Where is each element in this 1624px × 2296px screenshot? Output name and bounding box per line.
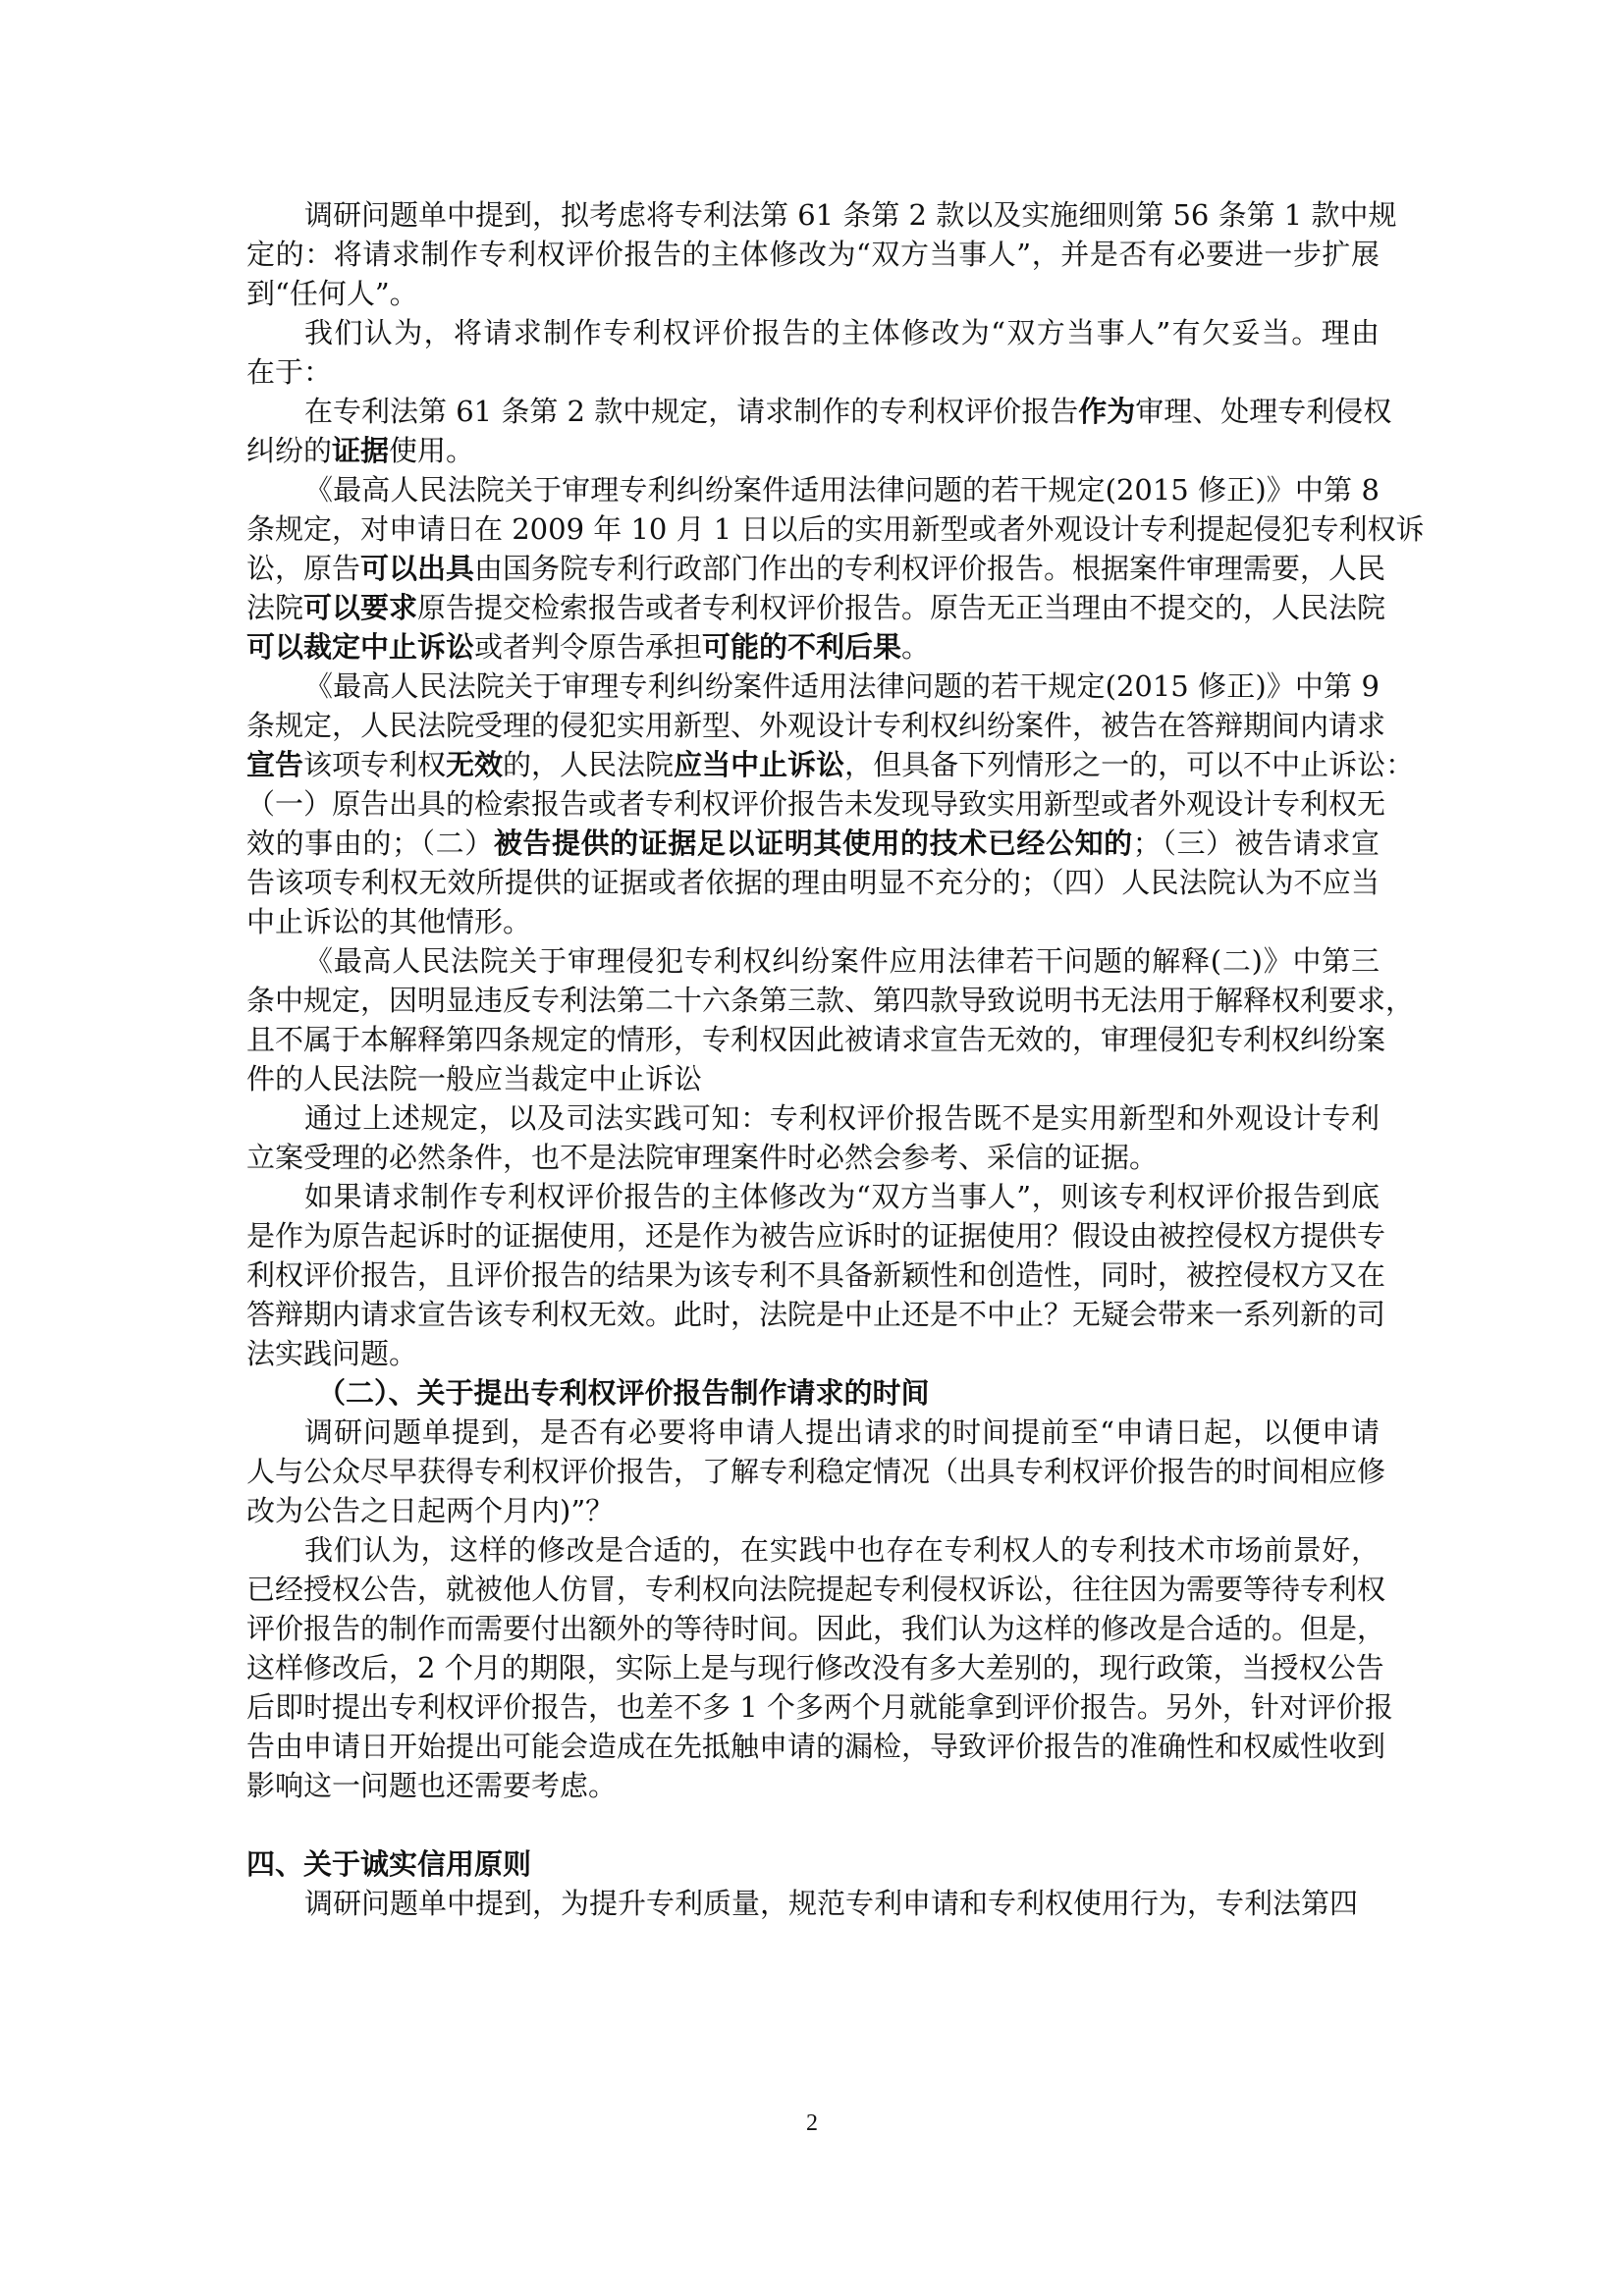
text-run: 调研问题单提到，是否有必要将申请人提出请求的时间提前至“申请日起，以便申请: [304, 1415, 1380, 1449]
text-run: 《最高人民法院关于审理侵犯专利权纠纷案件应用法律若干问题的解释(二)》中第三: [304, 944, 1380, 978]
text-run: 讼，原告: [246, 552, 360, 585]
paragraph: 我们认为，将请求制作专利权评价报告的主体修改为“双方当事人”有欠妥当。理由在于：: [246, 313, 1380, 392]
text-run: 我们认为，这样的修改是合适的，在实践中也存在专利权人的专利技术市场前景好，: [304, 1533, 1380, 1567]
text-run: 已经授权公告，就被他人仿冒，专利权向法院提起专利侵权诉讼，往往因为需要等待专利权: [246, 1573, 1385, 1606]
text-run: 调研问题单中提到，为提升专利质量，规范专利申请和专利权使用行为，专利法第四: [304, 1887, 1358, 1920]
text-run: 条中规定，因明显违反专利法第二十六条第三款、第四款导致说明书无法用于解释权利要求…: [246, 984, 1414, 1017]
text-line: 调研问题单中提到，为提升专利质量，规范专利申请和专利权使用行为，专利法第四: [246, 1884, 1380, 1923]
text-line: 纠纷的证据使用。: [246, 431, 1380, 470]
paragraph: 调研问题单中提到，为提升专利质量，规范专利申请和专利权使用行为，专利法第四: [246, 1884, 1380, 1923]
text-line: 讼，原告可以出具由国务院专利行政部门作出的专利权评价报告。根据案件审理需要，人民: [246, 549, 1380, 588]
section-spacer: [246, 1805, 1380, 1844]
text-run: 告该项专利权无效所提供的证据或者依据的理由明显不充分的；（四）人民法院认为不应当: [246, 866, 1380, 899]
text-run: 法院: [246, 591, 303, 624]
text-line: 后即时提出专利权评价报告，也差不多 1 个多两个月就能拿到评价报告。另外，针对评…: [246, 1687, 1380, 1727]
text-run: 在于：: [246, 355, 332, 389]
page-number: 2: [0, 2110, 1624, 2137]
paragraph: 在专利法第 61 条第 2 款中规定，请求制作的专利权评价报告作为审理、处理专利…: [246, 392, 1380, 470]
text-run: ；（三）被告请求宣: [1133, 827, 1380, 860]
text-run: 人与公众尽早获得专利权评价报告，了解专利稳定情况（出具专利权评价报告的时间相应修: [246, 1455, 1385, 1488]
text-line: 这样修改后，2 个月的期限，实际上是与现行修改没有多大差别的，现行政策，当授权公…: [246, 1648, 1380, 1687]
text-run: 告由申请日开始提出可能会造成在先抵触申请的漏检，导致评价报告的准确性和权威性收到: [246, 1730, 1385, 1763]
emphasized-text: 证据: [332, 434, 389, 467]
text-run: 《最高人民法院关于审理专利纠纷案件适用法律问题的若干规定(2015 修正)》中第…: [304, 669, 1380, 703]
text-run: 《最高人民法院关于审理专利纠纷案件适用法律问题的若干规定(2015 修正)》中第…: [304, 473, 1380, 507]
text-run: 。: [901, 630, 930, 664]
text-run: 到“任何人”。: [246, 277, 418, 310]
text-run: 由国务院专利行政部门作出的专利权评价报告。根据案件审理需要，人民: [474, 552, 1385, 585]
text-line: 《最高人民法院关于审理侵犯专利权纠纷案件应用法律若干问题的解释(二)》中第三: [246, 941, 1380, 981]
text-line: 立案受理的必然条件，也不是法院审理案件时必然会参考、采信的证据。: [246, 1138, 1380, 1177]
emphasized-text: 可以出具: [360, 552, 474, 585]
text-run: 法实践问题。: [246, 1337, 417, 1370]
text-run: 如果请求制作专利权评价报告的主体修改为“双方当事人”，则该专利权评价报告到底: [304, 1180, 1380, 1213]
paragraph: 调研问题单提到，是否有必要将申请人提出请求的时间提前至“申请日起，以便申请人与公…: [246, 1413, 1380, 1530]
paragraph: 通过上述规定，以及司法实践可知：专利权评价报告既不是实用新型和外观设计专利立案受…: [246, 1098, 1380, 1177]
text-line: 是作为原告起诉时的证据使用，还是作为被告应诉时的证据使用？假设由被控侵权方提供专: [246, 1216, 1380, 1255]
text-line: 且不属于本解释第四条规定的情形，专利权因此被请求宣告无效的，审理侵犯专利权纠纷案: [246, 1020, 1380, 1059]
text-line: 人与公众尽早获得专利权评价报告，了解专利稳定情况（出具专利权评价报告的时间相应修: [246, 1452, 1380, 1491]
text-run: 是作为原告起诉时的证据使用，还是作为被告应诉时的证据使用？假设由被控侵权方提供专: [246, 1219, 1385, 1253]
text-run: 答辩期内请求宣告该专利权无效。此时，法院是中止还是不中止？无疑会带来一系列新的司: [246, 1298, 1385, 1331]
text-run: 中止诉讼的其他情形。: [246, 905, 531, 938]
section-heading: 四、关于诚实信用原则: [246, 1844, 1380, 1884]
text-line: 调研问题单提到，是否有必要将申请人提出请求的时间提前至“申请日起，以便申请: [246, 1413, 1380, 1452]
text-run: 我们认为，将请求制作专利权评价报告的主体修改为“双方当事人”有欠妥当。理由: [304, 316, 1380, 349]
emphasized-text: 被告提供的证据足以证明其使用的技术已经公知的: [494, 827, 1133, 860]
text-line: 在专利法第 61 条第 2 款中规定，请求制作的专利权评价报告作为审理、处理专利…: [246, 392, 1380, 431]
text-run: 后即时提出专利权评价报告，也差不多 1 个多两个月就能拿到评价报告。另外，针对评…: [246, 1690, 1393, 1724]
text-run: 通过上述规定，以及司法实践可知：专利权评价报告既不是实用新型和外观设计专利: [304, 1101, 1380, 1135]
text-line: 答辩期内请求宣告该专利权无效。此时，法院是中止还是不中止？无疑会带来一系列新的司: [246, 1295, 1380, 1334]
text-line: 到“任何人”。: [246, 274, 1380, 313]
text-line: 在于：: [246, 352, 1380, 392]
text-line: 调研问题单中提到，拟考虑将专利法第 61 条第 2 款以及实施细则第 56 条第…: [246, 195, 1380, 235]
text-run: 效的事由的；（二）: [246, 827, 494, 860]
text-line: 条规定，对申请日在 2009 年 10 月 1 日以后的实用新型或者外观设计专利…: [246, 509, 1380, 549]
paragraph: 调研问题单中提到，拟考虑将专利法第 61 条第 2 款以及实施细则第 56 条第…: [246, 195, 1380, 313]
text-line: 已经授权公告，就被他人仿冒，专利权向法院提起专利侵权诉讼，往往因为需要等待专利权: [246, 1570, 1380, 1609]
text-run: （一）原告出具的检索报告或者专利权评价报告未发现导致实用新型或者外观设计专利权无: [246, 787, 1385, 821]
text-run: 调研问题单中提到，拟考虑将专利法第 61 条第 2 款以及实施细则第 56 条第…: [304, 198, 1396, 232]
text-line: 告该项专利权无效所提供的证据或者依据的理由明显不充分的；（四）人民法院认为不应当: [246, 863, 1380, 902]
text-line: 我们认为，将请求制作专利权评价报告的主体修改为“双方当事人”有欠妥当。理由: [246, 313, 1380, 352]
text-run: 立案受理的必然条件，也不是法院审理案件时必然会参考、采信的证据。: [246, 1141, 1158, 1174]
text-run: 条规定，人民法院受理的侵犯实用新型、外观设计专利权纠纷案件，被告在答辩期间内请求: [246, 709, 1385, 742]
text-line: 影响这一问题也还需要考虑。: [246, 1766, 1380, 1805]
text-line: 《最高人民法院关于审理专利纠纷案件适用法律问题的若干规定(2015 修正)》中第…: [246, 667, 1380, 706]
text-run: 利权评价报告，且评价报告的结果为该专利不具备新颖性和创造性，同时，被控侵权方又在: [246, 1258, 1385, 1292]
text-run: 的，人民法院: [503, 748, 674, 781]
text-run: 评价报告的制作而需要付出额外的等待时间。因此，我们认为这样的修改是合适的。但是，: [246, 1612, 1385, 1645]
text-run: 且不属于本解释第四条规定的情形，专利权因此被请求宣告无效的，审理侵犯专利权纠纷案: [246, 1023, 1385, 1056]
text-line: 通过上述规定，以及司法实践可知：专利权评价报告既不是实用新型和外观设计专利: [246, 1098, 1380, 1138]
emphasized-text: 可以要求: [303, 591, 417, 624]
text-run: 原告提交检索报告或者专利权评价报告。原告无正当理由不提交的，人民法院: [417, 591, 1385, 624]
text-run: 审理、处理专利侵权: [1135, 395, 1391, 428]
text-line: 利权评价报告，且评价报告的结果为该专利不具备新颖性和创造性，同时，被控侵权方又在: [246, 1255, 1380, 1295]
emphasized-text: 作为: [1078, 395, 1135, 428]
text-run: 使用。: [389, 434, 474, 467]
paragraph: 如果请求制作专利权评价报告的主体修改为“双方当事人”，则该专利权评价报告到底是作…: [246, 1177, 1380, 1373]
text-run: 改为公告之日起两个月内)”？: [246, 1494, 614, 1527]
text-line: 法实践问题。: [246, 1334, 1380, 1373]
text-run: 影响这一问题也还需要考虑。: [246, 1769, 617, 1802]
text-run: 或者判令原告承担: [474, 630, 702, 664]
paragraph: 《最高人民法院关于审理专利纠纷案件适用法律问题的若干规定(2015 修正)》中第…: [246, 667, 1380, 941]
text-line: 告由申请日开始提出可能会造成在先抵触申请的漏检，导致评价报告的准确性和权威性收到: [246, 1727, 1380, 1766]
text-line: 我们认为，这样的修改是合适的，在实践中也存在专利权人的专利技术市场前景好，: [246, 1530, 1380, 1570]
text-run: 件的人民法院一般应当裁定中止诉讼: [246, 1062, 702, 1095]
text-line: 条中规定，因明显违反专利法第二十六条第三款、第四款导致说明书无法用于解释权利要求…: [246, 981, 1380, 1020]
text-run: 纠纷的: [246, 434, 332, 467]
text-line: 效的事由的；（二）被告提供的证据足以证明其使用的技术已经公知的；（三）被告请求宣: [246, 824, 1380, 863]
text-run: 该项专利权: [303, 748, 446, 781]
emphasized-text: 无效: [446, 748, 503, 781]
text-line: （一）原告出具的检索报告或者专利权评价报告未发现导致实用新型或者外观设计专利权无: [246, 784, 1380, 824]
text-run: 定的：将请求制作专利权评价报告的主体修改为“双方当事人”，并是否有必要进一步扩展: [246, 238, 1380, 271]
emphasized-text: 应当中止诉讼: [674, 748, 844, 781]
text-line: 可以裁定中止诉讼或者判令原告承担可能的不利后果。: [246, 627, 1380, 667]
text-run: ，但具备下列情形之一的，可以不中止诉讼：: [844, 748, 1414, 781]
text-line: 如果请求制作专利权评价报告的主体修改为“双方当事人”，则该专利权评价报告到底: [246, 1177, 1380, 1216]
paragraph: 我们认为，这样的修改是合适的，在实践中也存在专利权人的专利技术市场前景好，已经授…: [246, 1530, 1380, 1805]
text-line: 宣告该项专利权无效的，人民法院应当中止诉讼，但具备下列情形之一的，可以不中止诉讼…: [246, 745, 1380, 784]
emphasized-text: 宣告: [246, 748, 303, 781]
text-line: 评价报告的制作而需要付出额外的等待时间。因此，我们认为这样的修改是合适的。但是，: [246, 1609, 1380, 1648]
text-run: 条规定，对申请日在 2009 年 10 月 1 日以后的实用新型或者外观设计专利…: [246, 512, 1424, 546]
text-line: 《最高人民法院关于审理专利纠纷案件适用法律问题的若干规定(2015 修正)》中第…: [246, 470, 1380, 509]
text-run: 在专利法第 61 条第 2 款中规定，请求制作的专利权评价报告: [304, 395, 1078, 428]
emphasized-text: 可能的不利后果: [702, 630, 901, 664]
text-line: 改为公告之日起两个月内)”？: [246, 1491, 1380, 1530]
text-run: 这样修改后，2 个月的期限，实际上是与现行修改没有多大差别的，现行政策，当授权公…: [246, 1651, 1384, 1684]
paragraph: 《最高人民法院关于审理专利纠纷案件适用法律问题的若干规定(2015 修正)》中第…: [246, 470, 1380, 667]
emphasized-text: 可以裁定中止诉讼: [246, 630, 474, 664]
text-line: 条规定，人民法院受理的侵犯实用新型、外观设计专利权纠纷案件，被告在答辩期间内请求: [246, 706, 1380, 745]
paragraph: 《最高人民法院关于审理侵犯专利权纠纷案件应用法律若干问题的解释(二)》中第三条中…: [246, 941, 1380, 1098]
text-line: 件的人民法院一般应当裁定中止诉讼: [246, 1059, 1380, 1098]
text-line: 法院可以要求原告提交检索报告或者专利权评价报告。原告无正当理由不提交的，人民法院: [246, 588, 1380, 627]
document-page: 调研问题单中提到，拟考虑将专利法第 61 条第 2 款以及实施细则第 56 条第…: [246, 195, 1380, 1923]
subsection-heading: （二）、关于提出专利权评价报告制作请求的时间: [246, 1373, 1380, 1413]
text-line: 定的：将请求制作专利权评价报告的主体修改为“双方当事人”，并是否有必要进一步扩展: [246, 235, 1380, 274]
text-line: 中止诉讼的其他情形。: [246, 902, 1380, 941]
